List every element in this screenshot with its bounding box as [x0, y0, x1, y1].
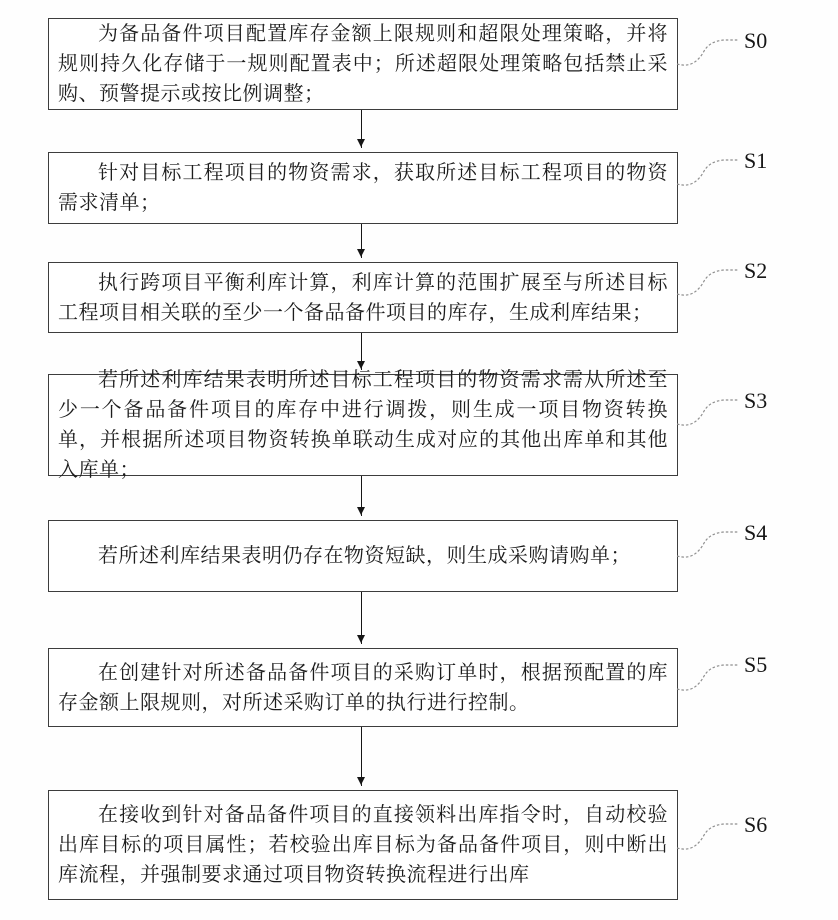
flow-arrow-s1-s2: [361, 224, 362, 258]
flow-step-text-s2: 执行跨项目平衡利库计算，利库计算的范围扩展至与所述目标工程项目相关联的至少一个备…: [49, 268, 677, 328]
flow-step-text-s5: 在创建针对所述备品备件项目的采购订单时，根据预配置的库存金额上限规则，对所述采购…: [49, 658, 677, 718]
flow-step-box-s0: 为备品备件项目配置库存金额上限规则和超限处理策略，并将规则持久化存储于一规则配置…: [48, 18, 678, 110]
flow-step-box-s6: 在接收到针对备品备件项目的直接领料出库指令时，自动校验出库目标的项目属性；若校验…: [48, 790, 678, 900]
step-label-s5: S5: [744, 652, 767, 678]
flow-step-text-s6: 在接收到针对备品备件项目的直接领料出库指令时，自动校验出库目标的项目属性；若校验…: [49, 800, 677, 890]
flow-step-box-s4: 若所述利库结果表明仍存在物资短缺，则生成采购请购单；: [48, 520, 678, 592]
flow-step-box-s2: 执行跨项目平衡利库计算，利库计算的范围扩展至与所述目标工程项目相关联的至少一个备…: [48, 262, 678, 333]
flow-arrow-s5-s6: [361, 727, 362, 786]
flow-step-box-s5: 在创建针对所述备品备件项目的采购订单时，根据预配置的库存金额上限规则，对所述采购…: [48, 648, 678, 727]
flowchart-figure: 为备品备件项目配置库存金额上限规则和超限处理策略，并将规则持久化存储于一规则配置…: [0, 0, 838, 920]
arrowhead-icon: [357, 139, 365, 151]
step-label-s6: S6: [744, 812, 767, 838]
reference-line-s4: [676, 526, 740, 562]
arrowhead-icon: [357, 249, 365, 261]
step-label-s0: S0: [744, 28, 767, 54]
flow-step-box-s3: 若所述利库结果表明所述目标工程项目的物资需求需从所述至少一个备品备件项目的库存中…: [48, 374, 678, 476]
flow-step-text-s3: 若所述利库结果表明所述目标工程项目的物资需求需从所述至少一个备品备件项目的库存中…: [49, 365, 677, 485]
flow-arrow-s4-s5: [361, 592, 362, 644]
step-label-s1: S1: [744, 148, 767, 174]
arrowhead-icon: [357, 507, 365, 519]
flow-step-text-s1: 针对目标工程项目的物资需求，获取所述目标工程项目的物资需求清单；: [49, 158, 677, 218]
flow-arrow-s0-s1: [361, 110, 362, 148]
arrowhead-icon: [357, 777, 365, 789]
reference-line-s6: [676, 818, 740, 854]
reference-line-s3: [676, 394, 740, 430]
reference-line-s1: [676, 154, 740, 190]
reference-line-s2: [676, 264, 740, 300]
flow-step-text-s4: 若所述利库结果表明仍存在物资短缺，则生成采购请购单；: [49, 541, 677, 571]
flow-step-box-s1: 针对目标工程项目的物资需求，获取所述目标工程项目的物资需求清单；: [48, 152, 678, 224]
flow-step-text-s0: 为备品备件项目配置库存金额上限规则和超限处理策略，并将规则持久化存储于一规则配置…: [49, 19, 677, 109]
flow-arrow-s3-s4: [361, 476, 362, 516]
step-label-s2: S2: [744, 258, 767, 284]
arrowhead-icon: [357, 635, 365, 647]
reference-line-s5: [676, 659, 740, 695]
reference-line-s0: [676, 34, 740, 70]
step-label-s4: S4: [744, 520, 767, 546]
step-label-s3: S3: [744, 388, 767, 414]
